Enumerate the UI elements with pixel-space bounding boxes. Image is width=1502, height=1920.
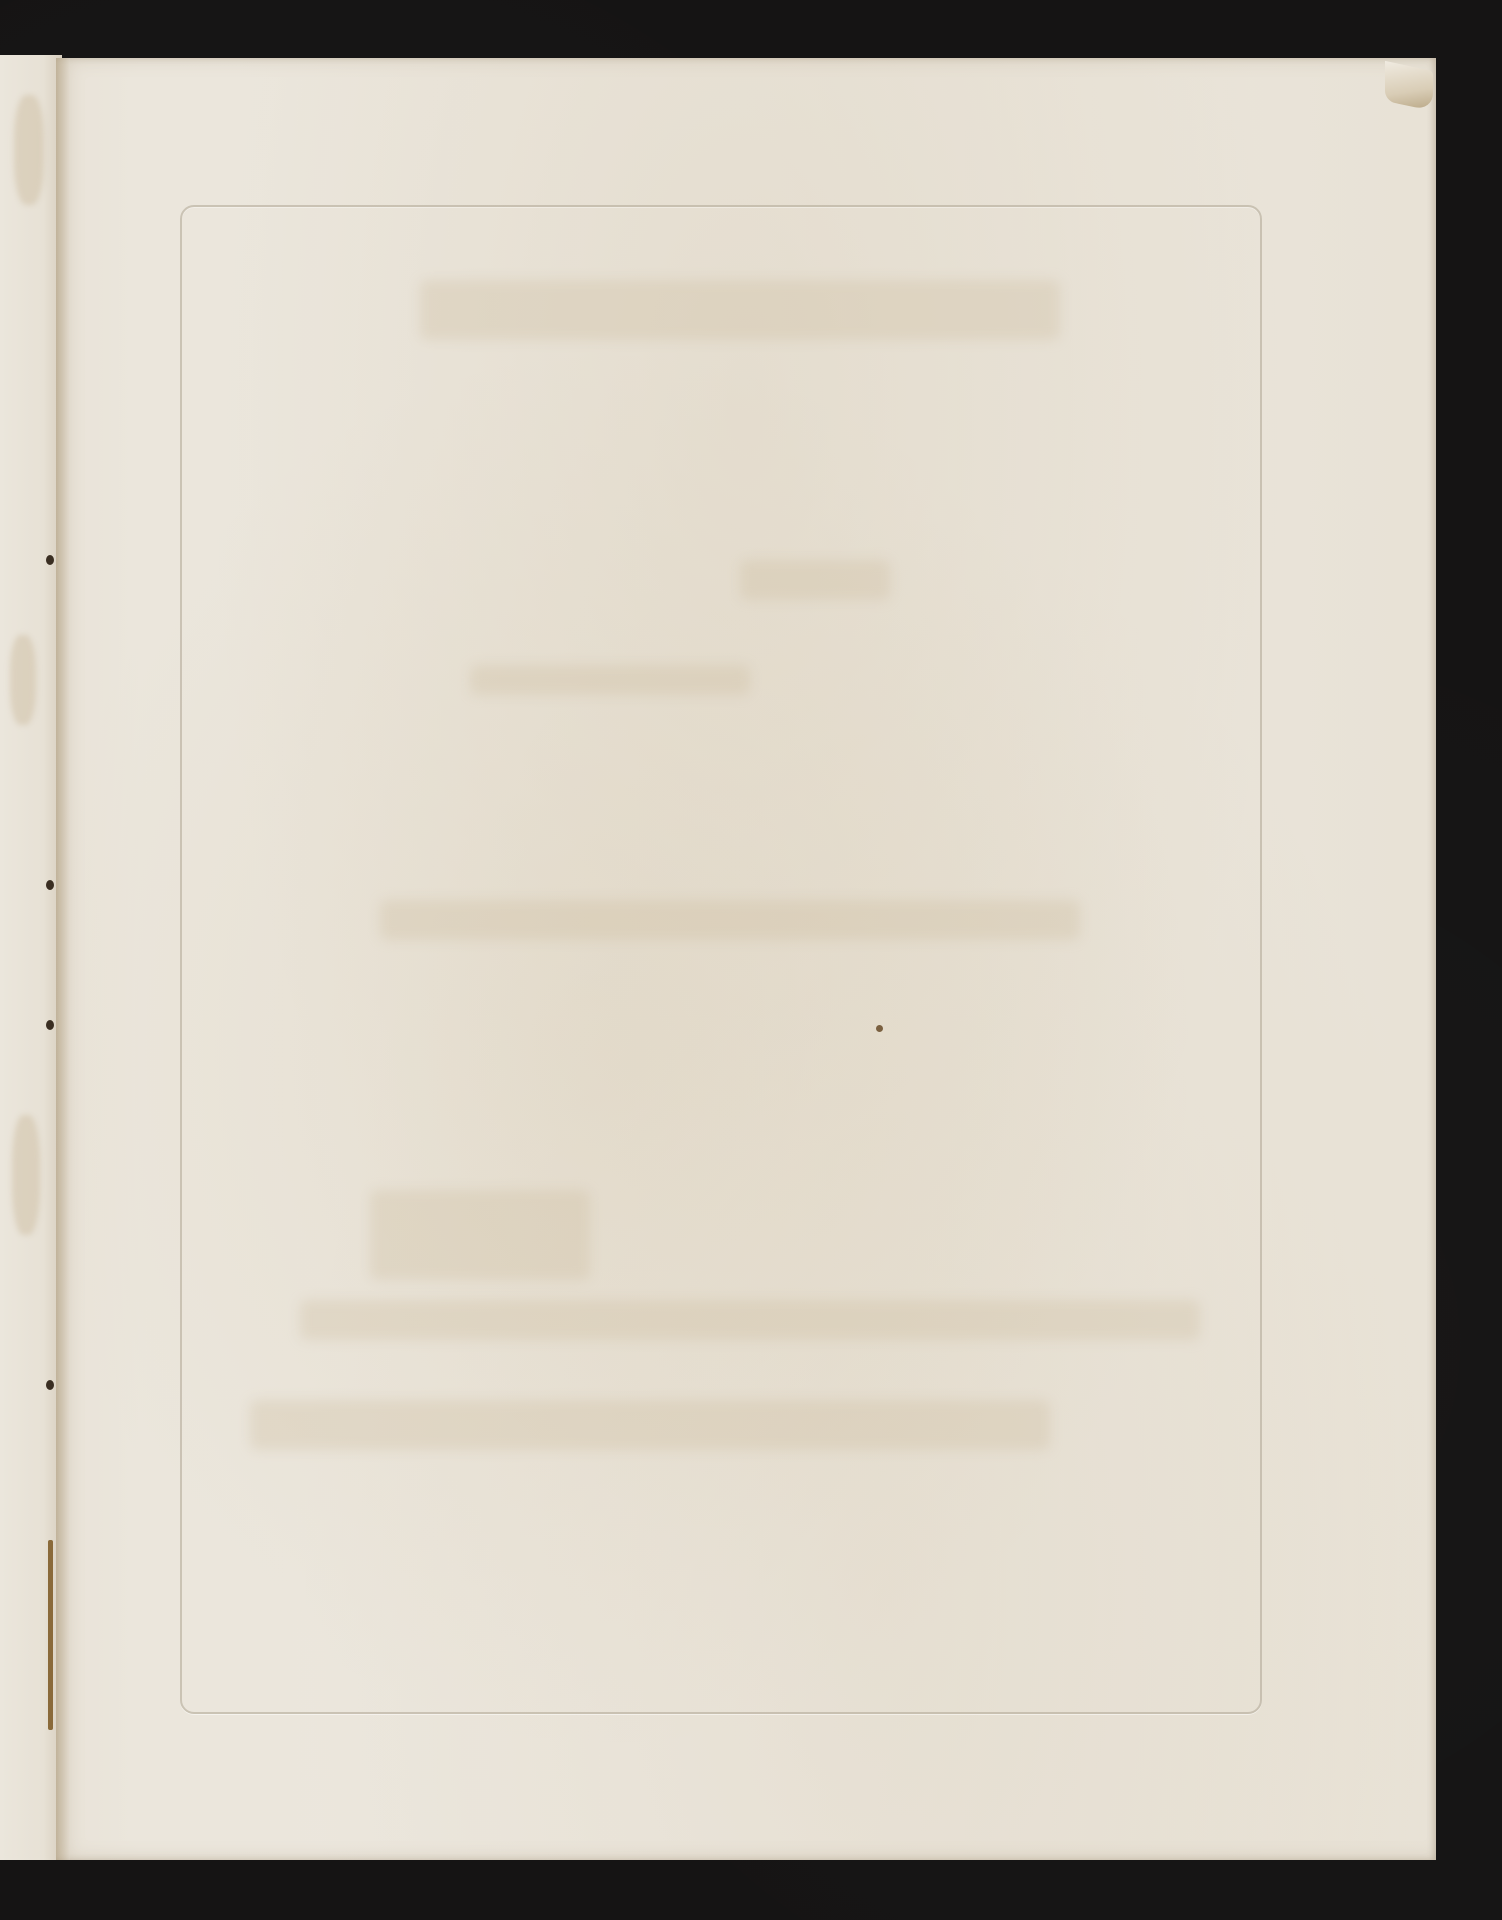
show-through-mark bbox=[250, 1400, 1050, 1450]
show-through-mark bbox=[380, 900, 1080, 940]
stain bbox=[12, 1115, 40, 1235]
show-through-mark bbox=[470, 665, 750, 695]
show-through-mark bbox=[370, 1190, 590, 1280]
stitch-hole bbox=[46, 1020, 54, 1030]
show-through-mark bbox=[740, 560, 890, 600]
plate-mark-border bbox=[180, 205, 1262, 1714]
stitch-hole bbox=[46, 555, 54, 565]
stitch-hole bbox=[46, 880, 54, 890]
spine-gutter bbox=[56, 58, 70, 1860]
stain bbox=[14, 95, 44, 205]
binding-thread bbox=[48, 1540, 53, 1730]
show-through-mark bbox=[300, 1300, 1200, 1340]
show-through-mark bbox=[420, 280, 1060, 340]
foxing-spot bbox=[876, 1025, 883, 1032]
stain bbox=[10, 635, 36, 725]
stitch-hole bbox=[46, 1380, 54, 1390]
